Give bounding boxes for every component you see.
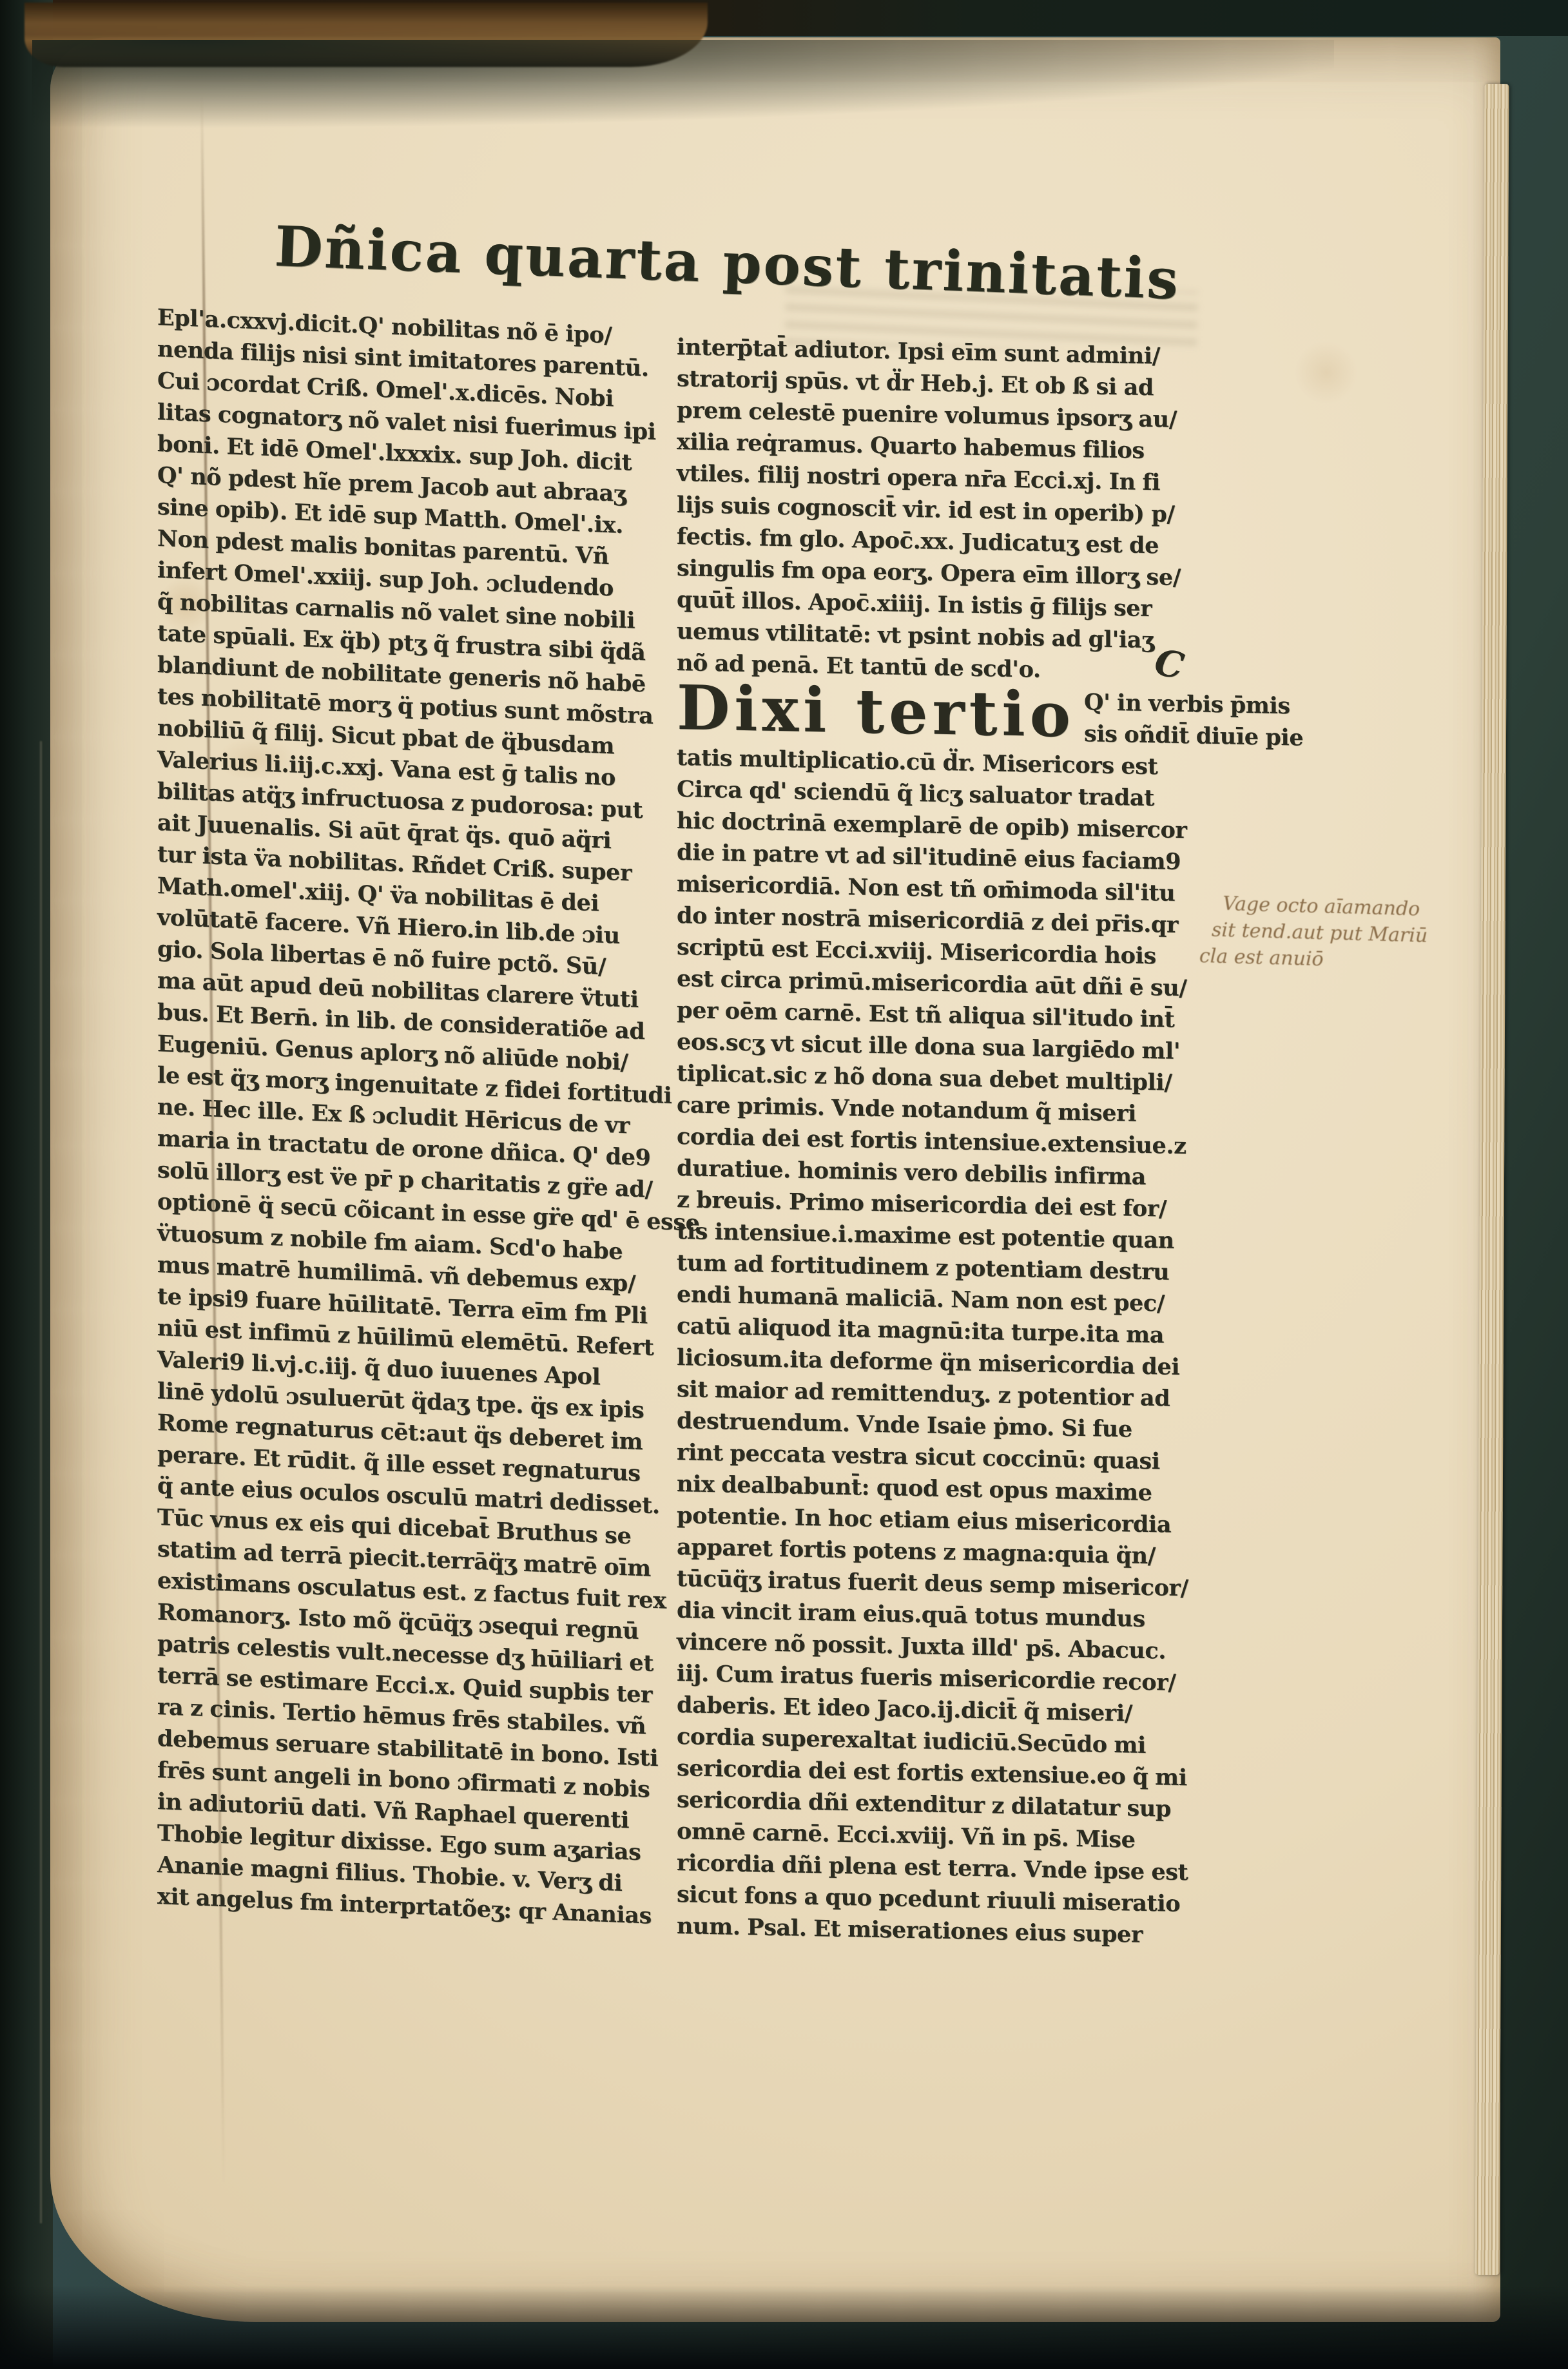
book-gutter-shadow — [0, 0, 53, 2369]
backdrop-bottom-shadow — [0, 2285, 1568, 2369]
right-text-column: interp̄tat̄ adiutor. Ipsi eīm sunt admin… — [677, 331, 1201, 1952]
text-line: sis oñdit̄ diuīe pie — [1084, 718, 1303, 754]
photo-backdrop: Dñica quarta post trinitatis Epl'a.cxxvj… — [0, 0, 1568, 2369]
capitulum-mark: C — [1152, 646, 1186, 683]
right-column-upper-lines: interp̄tat̄ adiutor. Ipsi eīm sunt admin… — [677, 331, 1201, 689]
text-line: Q' in verbis p̄mis — [1084, 686, 1303, 722]
section-side-lines: Q' in verbis p̄missis oñdit̄ diuīe pie — [1084, 686, 1303, 754]
section-start: Dixi tertio Q' in verbis p̄missis oñdit̄… — [677, 679, 1201, 752]
section-initial-words: Dixi tertio — [677, 679, 1075, 746]
underlying-page-edge — [40, 741, 42, 2223]
handwritten-marginalia: Vage octo aīamandosit tend.aut put Mariū… — [1221, 891, 1506, 978]
right-column-lower-lines: tatis multiplicatio.cū d̈r. Misericors e… — [677, 742, 1201, 1952]
spine-shadow — [32, 40, 1334, 162]
left-text-column: Epl'a.cxxvj.dicit.Q' nobilitas nõ ē ipo/… — [157, 302, 724, 1935]
